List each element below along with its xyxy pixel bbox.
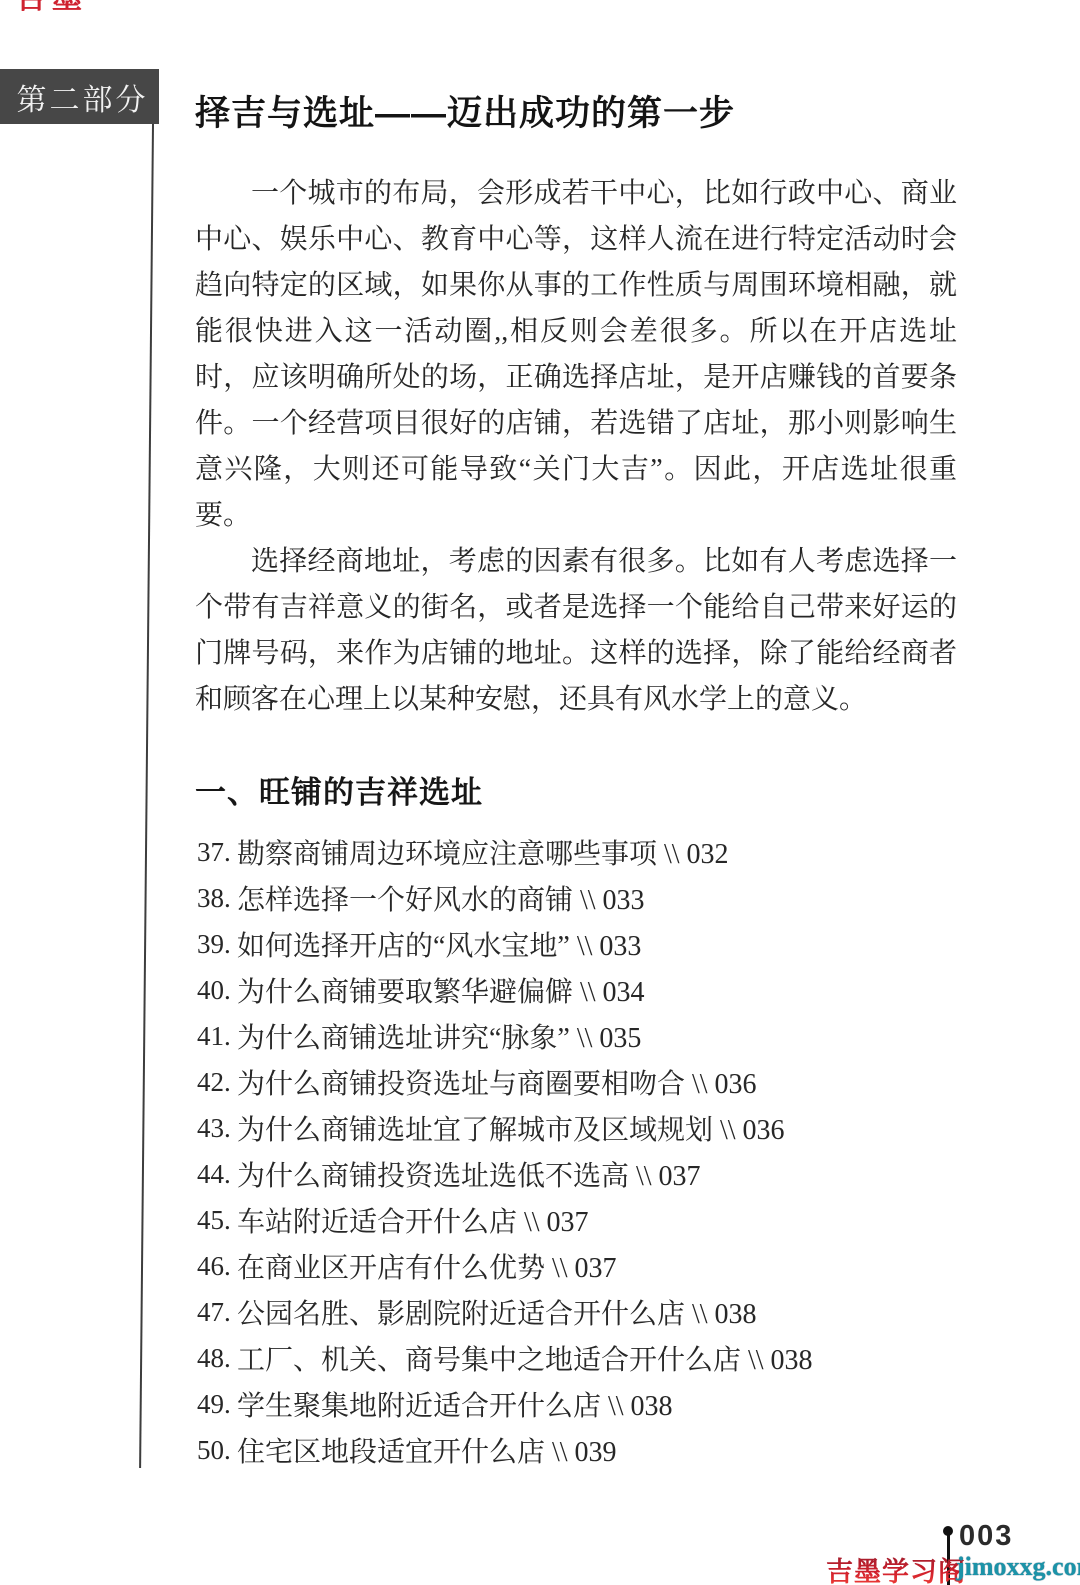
toc-item: 40.为什么商铺要取繁华避偏僻 \\ 034 [195,967,957,1013]
toc-item: 41.为什么商铺选址讲究“脉象” \\ 035 [195,1013,957,1059]
toc-item-number: 48. [197,1343,237,1374]
toc-item-text: 怎样选择一个好风水的商铺 \\ 033 [237,878,645,918]
part-label: 第二部分 [11,75,149,119]
paragraph-2: 选择经商地址，考虑的因素有很多。比如有人考虑选择一个带有吉祥意义的街名，或者是选… [195,539,957,723]
left-margin-rule [139,124,154,1468]
section-heading: 一、旺铺的吉祥选址 [195,773,957,813]
toc-item-number: 41. [197,1021,237,1052]
toc-item-number: 49. [197,1389,237,1420]
toc-item: 48.工厂、机关、商号集中之地适合开什么店 \\ 038 [195,1335,957,1381]
watermark-brand-site: jimoxxg.com [956,1552,1080,1582]
toc-item-text: 为什么商铺投资选址选低不选高 \\ 037 [237,1154,701,1194]
toc-item-number: 42. [197,1067,237,1098]
toc-item-number: 45. [197,1205,237,1236]
page-number: 003 [959,1520,1013,1553]
toc-item-text: 如何选择开店的“风水宝地” \\ 033 [237,924,641,964]
toc-item-number: 39. [197,929,237,960]
toc-item-number: 38. [197,883,237,914]
toc-item-text: 住宅区地段适宜开什么店 \\ 039 [237,1430,617,1470]
toc-item: 44.为什么商铺投资选址选低不选高 \\ 037 [195,1151,957,1197]
toc-item-number: 37. [197,837,237,868]
toc-item-text: 勘察商铺周边环境应注意哪些事项 \\ 032 [237,832,729,872]
chapter-title: 择吉与选址——迈出成功的第一步 [195,93,735,135]
toc-item-number: 40. [197,975,237,1006]
toc-item: 47.公园名胜、影剧院附近适合开什么店 \\ 038 [195,1289,957,1335]
toc-item: 42.为什么商铺投资选址与商圈要相吻合 \\ 036 [195,1059,957,1105]
toc-item: 50.住宅区地段适宜开什么店 \\ 039 [195,1427,957,1473]
toc-item-text: 公园名胜、影剧院附近适合开什么店 \\ 038 [237,1292,757,1332]
toc-item: 45.车站附近适合开什么店 \\ 037 [195,1197,957,1243]
toc-item-text: 学生聚集地附近适合开什么店 \\ 038 [237,1384,673,1424]
toc-item-number: 43. [197,1113,237,1144]
toc-item-text: 车站附近适合开什么店 \\ 037 [237,1200,589,1240]
toc-item: 46.在商业区开店有什么优势 \\ 037 [195,1243,957,1289]
toc-list: 37.勘察商铺周边环境应注意哪些事项 \\ 032 38.怎样选择一个好风水的商… [195,829,957,1473]
watermark-brand-chinese: 吉墨学习阁 [826,1550,966,1585]
toc-item-text: 为什么商铺选址讲究“脉象” \\ 035 [237,1016,641,1056]
red-watermark-fragment: 吉墨 [16,0,136,15]
red-watermark-fragment-text: 吉墨 [16,0,88,14]
toc-item-number: 44. [197,1159,237,1190]
book-page: 吉墨 第二部分 择吉与选址——迈出成功的第一步 一个城市的布局，会形成若干中心，… [0,0,1080,1585]
toc-item: 38.怎样选择一个好风水的商铺 \\ 033 [195,875,957,921]
toc-item-text: 在商业区开店有什么优势 \\ 037 [237,1246,617,1286]
part-label-box: 第二部分 [0,69,159,124]
toc-item-text: 为什么商铺选址宜了解城市及区域规划 \\ 036 [237,1108,785,1148]
toc-item: 43.为什么商铺选址宜了解城市及区域规划 \\ 036 [195,1105,957,1151]
toc-item: 39.如何选择开店的“风水宝地” \\ 033 [195,921,957,967]
paragraph-1: 一个城市的布局，会形成若干中心，比如行政中心、商业中心、娱乐中心、教育中心等，这… [195,171,957,539]
toc-item-number: 47. [197,1297,237,1328]
toc-item-number: 46. [197,1251,237,1282]
toc-item: 49.学生聚集地附近适合开什么店 \\ 038 [195,1381,957,1427]
toc-item-text: 为什么商铺要取繁华避偏僻 \\ 034 [237,970,645,1010]
toc-item-text: 工厂、机关、商号集中之地适合开什么店 \\ 038 [237,1338,813,1378]
main-text-column: 一个城市的布局，会形成若干中心，比如行政中心、商业中心、娱乐中心、教育中心等，这… [195,171,957,1473]
toc-item-number: 50. [197,1435,237,1466]
toc-item-text: 为什么商铺投资选址与商圈要相吻合 \\ 036 [237,1062,757,1102]
toc-item: 37.勘察商铺周边环境应注意哪些事项 \\ 032 [195,829,957,875]
